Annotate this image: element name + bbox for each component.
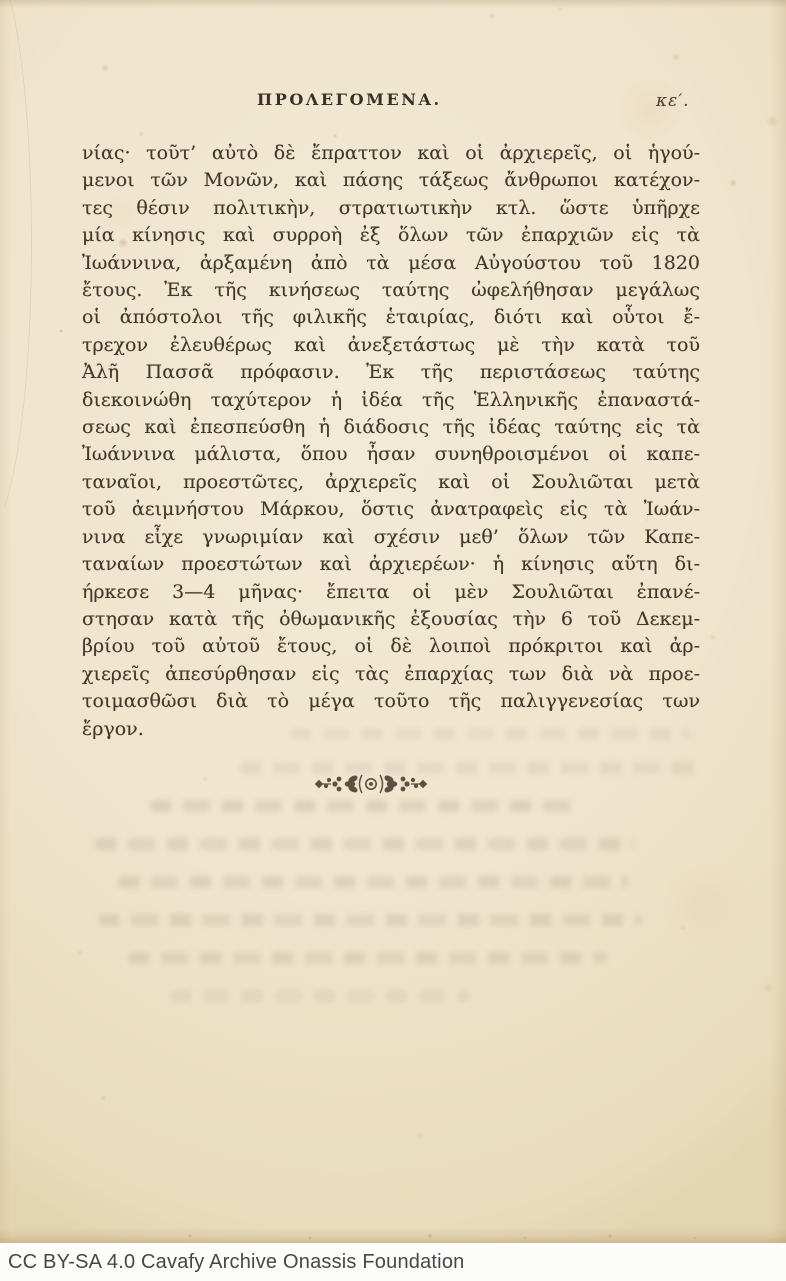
page-curl-crease (0, 0, 32, 534)
text-line: τρεχον ἐλευθέρως καὶ ἀνεξετάστως μὲ τὴν … (82, 332, 700, 359)
text-line: μενοι τῶν Μονῶν, καὶ πάσης τάξεως ἄνθρωπ… (82, 167, 700, 194)
text-line: μία κίνησις καὶ συρροὴ ἐξ ὅλων τῶν ἐπαρχ… (82, 222, 700, 249)
text-line: Ἰωάννινα μάλιστα, ὅπου ἦσαν συνηθροισμέν… (82, 441, 700, 468)
attribution-strip: CC BY-SA 4.0 Cavafy Archive Onassis Foun… (0, 1243, 786, 1281)
text-line: στησαν κατὰ τῆς ὀθωμανικῆς ἐξουσίας τὴν … (82, 606, 700, 633)
text-line: Ἰωάννινα, ἀρξαμένη ἀπὸ τὰ μέσα Αὐγούστου… (82, 250, 700, 277)
screenshot-root: ΠΡΟΛΕΓΟΜΕΝΑ. κε′. νίας· τοῦτ’ αὐτὸ δὲ ἔπ… (0, 0, 786, 1281)
book-page-scan: ΠΡΟΛΕΓΟΜΕΝΑ. κε′. νίας· τοῦτ’ αὐτὸ δὲ ἔπ… (0, 0, 786, 1243)
running-header-title: ΠΡΟΛΕΓΟΜΕΝΑ. (257, 90, 442, 109)
text-line: ταναῖοι, προεστῶτες, ἀρχιερεῖς καὶ οἱ Σο… (82, 469, 700, 496)
text-line: νινα εἶχε γνωριμίαν καὶ σχέσιν μεθ’ ὅλων… (82, 524, 700, 551)
text-line: ἔτους. Ἐκ τῆς κινήσεως ταύτης ὠφελήθησαν… (82, 277, 700, 304)
text-line: ταναίων προεστώτων καὶ ἀρχιερέων· ἡ κίνη… (82, 551, 700, 578)
text-line: Ἀλῆ Πασσᾶ πρόφασιν. Ἐκ τῆς περιστάσεως τ… (82, 359, 700, 386)
text-line: τοιμασθῶσι διὰ τὸ μέγα τοῦτο τῆς παλιγγε… (82, 688, 700, 715)
text-line: χιερεῖς ἀπεσύρθησαν εἰς τὰς ἐπαρχίας των… (82, 661, 700, 688)
text-line: ήρκεσε 3—4 μῆνας· ἔπειτα οἱ μὲν Σουλιῶτα… (82, 579, 700, 606)
text-line: οἱ ἀπόστολοι τῆς φιλικῆς ἑταιρίας, διότι… (82, 304, 700, 331)
text-line: τες θέσιν πολιτικὴν, στρατιωτικὴν κτλ. ὥ… (82, 195, 700, 222)
license-caption: CC BY-SA 4.0 Cavafy Archive Onassis Foun… (0, 1243, 786, 1281)
text-line: τοῦ ἀειμνήστου Μάρκου, ὅστις ἀνατραφεὶς … (82, 496, 700, 523)
text-line: σεως καὶ ἐπεσπεύσθη ἡ διάδοσις τῆς ἰδέας… (82, 414, 700, 441)
text-line: διεκοινώθη ταχύτερον ἡ ἰδέα τῆς Ἑλληνικῆ… (82, 387, 700, 414)
body-text-block: νίας· τοῦτ’ αὐτὸ δὲ ἔπραττον καὶ οἱ ἀρχι… (82, 140, 700, 743)
page-number: κε′. (656, 91, 690, 111)
floral-tailpiece-ornament-icon (309, 770, 433, 798)
text-line: νίας· τοῦτ’ αὐτὸ δὲ ἔπραττον καὶ οἱ ἀρχι… (82, 140, 700, 167)
text-line: ἔργον. (82, 716, 700, 743)
text-line: βρίου τοῦ αὐτοῦ ἔτους, οἱ δὲ λοιποὶ πρόκ… (82, 633, 700, 660)
